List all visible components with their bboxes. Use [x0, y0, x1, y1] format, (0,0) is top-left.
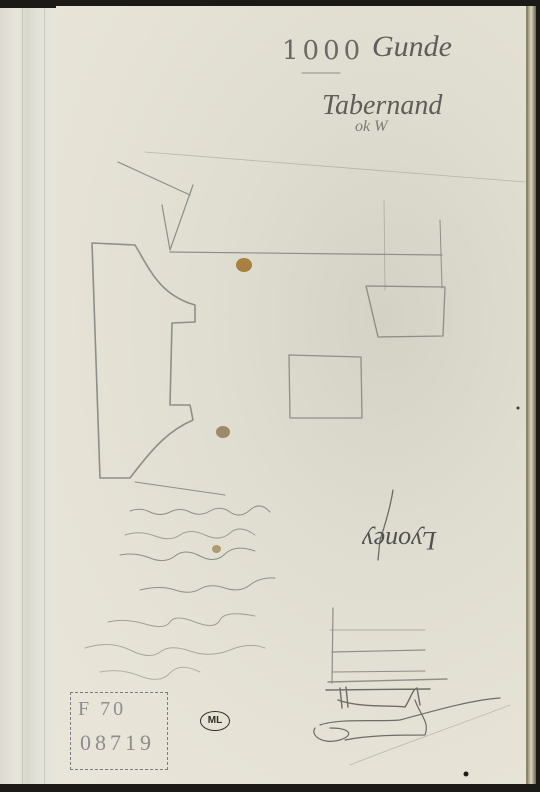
inscription-top-word: Gunde: [372, 30, 452, 64]
stamp-line-2: 08719: [80, 730, 155, 756]
pencil-sketches: [0, 0, 540, 792]
inscription-number: 1000: [282, 36, 364, 66]
stamp-line-1: F 70: [78, 698, 126, 721]
inscription-inverted-word: Lyoney: [362, 525, 436, 555]
inscription-second-line-small: ok W: [355, 118, 387, 136]
ml-badge: ML: [200, 711, 230, 731]
